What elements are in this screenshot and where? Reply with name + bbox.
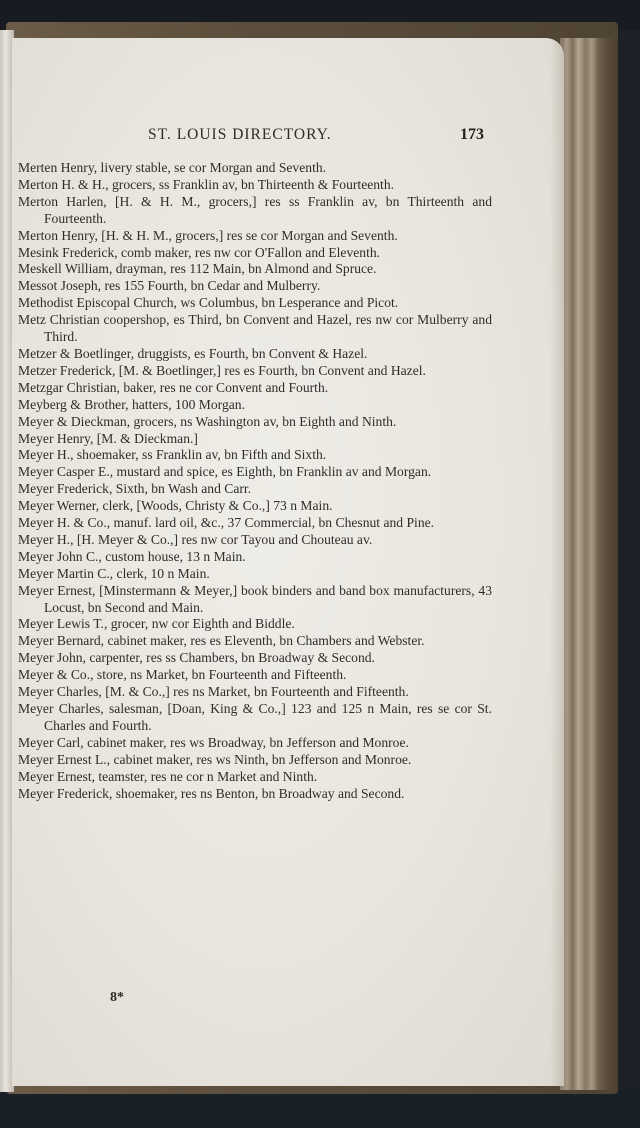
directory-entry: Meyer Lewis T., grocer, nw cor Eighth an… [18, 616, 492, 633]
directory-entry: Meyer John, carpenter, res ss Chambers, … [18, 650, 492, 667]
page-number: 173 [460, 126, 484, 144]
directory-entry: Meskell William, drayman, res 112 Main, … [18, 261, 492, 278]
directory-entry: Metzgar Christian, baker, res ne cor Con… [18, 380, 492, 397]
directory-entry: Metzer & Boetlinger, druggists, es Fourt… [18, 346, 492, 363]
signature-mark: 8* [110, 990, 124, 1006]
directory-entry: Meyer Carl, cabinet maker, res ws Broadw… [18, 735, 492, 752]
running-title: ST. LOUIS DIRECTORY. [148, 126, 332, 144]
directory-entry: Meyer Casper E., mustard and spice, es E… [18, 464, 492, 481]
directory-entry: Meyer Frederick, shoemaker, res ns Bento… [18, 786, 492, 803]
directory-entry: Metzer Frederick, [M. & Boetlinger,] res… [18, 363, 492, 380]
running-head: ST. LOUIS DIRECTORY. 173 [12, 126, 564, 150]
directory-entry: Meyer Frederick, Sixth, bn Wash and Carr… [18, 481, 492, 498]
directory-entry: Meyer Martin C., clerk, 10 n Main. [18, 566, 492, 583]
directory-entry: Metz Christian coopershop, es Third, bn … [18, 312, 492, 346]
directory-entry: Meyer H., [H. Meyer & Co.,] res nw cor T… [18, 532, 492, 549]
directory-entry: Meyer Henry, [M. & Dieckman.] [18, 431, 492, 448]
directory-entry: Merton H. & H., grocers, ss Franklin av,… [18, 177, 492, 194]
book-page-edges [560, 38, 618, 1090]
directory-entries: Merten Henry, livery stable, se cor Morg… [18, 160, 492, 802]
directory-entry: Merton Harlen, [H. & H. M., grocers,] re… [18, 194, 492, 228]
directory-entry: Meyer Ernest, teamster, res ne cor n Mar… [18, 769, 492, 786]
background-bottom [0, 1088, 640, 1128]
directory-entry: Meyer Bernard, cabinet maker, res es Ele… [18, 633, 492, 650]
directory-entry: Meyer & Dieckman, grocers, ns Washington… [18, 414, 492, 431]
directory-entry: Meyer H. & Co., manuf. lard oil, &c., 37… [18, 515, 492, 532]
directory-entry: Merten Henry, livery stable, se cor Morg… [18, 160, 492, 177]
directory-entry: Meyer Werner, clerk, [Woods, Christy & C… [18, 498, 492, 515]
page-gutter-shadow [550, 38, 564, 1086]
directory-entry: Meyer Charles, [M. & Co.,] res ns Market… [18, 684, 492, 701]
directory-entry: Methodist Episcopal Church, ws Columbus,… [18, 295, 492, 312]
directory-entry: Meyberg & Brother, hatters, 100 Morgan. [18, 397, 492, 414]
directory-entry: Meyer H., shoemaker, ss Franklin av, bn … [18, 447, 492, 464]
directory-entry: Meyer & Co., store, ns Market, bn Fourte… [18, 667, 492, 684]
directory-entry: Meyer John C., custom house, 13 n Main. [18, 549, 492, 566]
directory-entry: Mesink Frederick, comb maker, res nw cor… [18, 245, 492, 262]
directory-entry: Messot Joseph, res 155 Fourth, bn Cedar … [18, 278, 492, 295]
directory-entry: Meyer Ernest L., cabinet maker, res ws N… [18, 752, 492, 769]
book-page: ST. LOUIS DIRECTORY. 173 Merten Henry, l… [12, 38, 564, 1086]
directory-entry: Meyer Ernest, [Minstermann & Meyer,] boo… [18, 583, 492, 617]
directory-entry: Merton Henry, [H. & H. M., grocers,] res… [18, 228, 492, 245]
directory-entry: Meyer Charles, salesman, [Doan, King & C… [18, 701, 492, 735]
